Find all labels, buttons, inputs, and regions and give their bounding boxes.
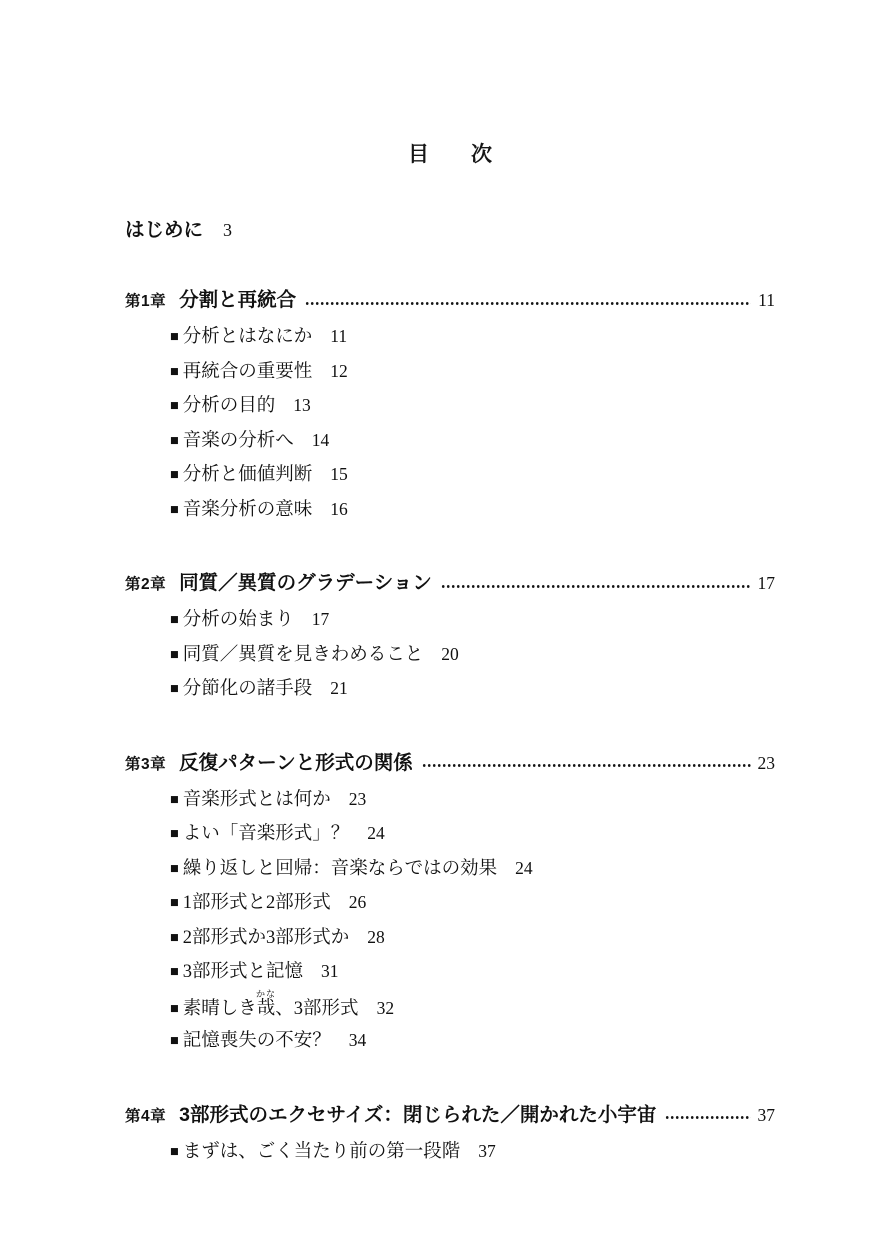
toc-item-title: 3部形式と記憶 [183,955,303,990]
toc-item-row: ■ 1部形式と2部形式 26 [125,885,775,920]
square-bullet-icon: ■ [170,493,179,528]
square-bullet-icon: ■ [170,638,179,673]
chapter-heading-row: 第3章 反復パターンと形式の関係 23 [125,750,775,778]
chapter-heading-row: 第2章 同質／異質のグラデーション 17 [125,570,775,598]
toc-item-title: 同質／異質を見きわめること [183,638,424,673]
dotted-leader [665,1115,750,1120]
toc-item-row: ■ 同質／異質を見きわめること 20 [125,637,775,672]
toc-item-title: 分析の始まり [183,603,294,638]
toc-item-page-number: 17 [312,602,330,637]
chapter-number-label: 第4章 [125,1104,166,1130]
toc-item-page-number: 14 [312,423,330,458]
toc-item-row: ■ 3部形式と記憶 31 [125,954,775,989]
square-bullet-icon: ■ [170,1135,179,1170]
dotted-leader [441,584,751,589]
toc-item-title: 音楽形式とは何か [183,783,331,818]
toc-item-row: ■ 再統合の重要性 12 [125,354,775,389]
chapter-list: 第1章 分割と再統合 11 ■ 分析とはなにか 11 ■ 再統合の重要性 12 … [125,287,775,1168]
square-bullet-icon: ■ [170,1024,179,1059]
chapter-title: 3部形式のエクセサイズ：閉じられた／開かれた小宇宙 [179,1102,656,1128]
frontmatter-label: はじめに [125,220,203,241]
toc-item-row: ■ 記憶喪失の不安？ 34 [125,1023,775,1058]
square-bullet-icon: ■ [170,672,179,707]
toc-item-title: 分析の目的 [183,389,276,424]
toc-item-page-number: 21 [330,671,348,706]
chapter-section: 第1章 分割と再統合 11 ■ 分析とはなにか 11 ■ 再統合の重要性 12 … [125,287,775,526]
toc-item-title: 素晴しき哉かな、3部形式 [183,989,359,1027]
toc-item-page-number: 12 [330,354,348,389]
chapter-title: 分割と再統合 [179,287,296,313]
toc-item-page-number: 23 [349,782,367,817]
toc-item-title: 繰り返しと回帰：音楽ならではの効果 [183,852,497,887]
toc-item-row: ■ 分析と価値判断 15 [125,457,775,492]
chapter-page-number: 17 [758,570,776,596]
toc-item-title: まずは、ごく当たり前の第一段階 [183,1135,461,1170]
chapter-section: 第2章 同質／異質のグラデーション 17 ■ 分析の始まり 17 ■ 同質／異質… [125,570,775,706]
toc-item-row: ■ まずは、ごく当たり前の第一段階 37 [125,1134,775,1169]
toc-item-page-number: 24 [367,816,385,851]
toc-item-title: 分析とはなにか [183,320,313,355]
toc-item-title: よい「音楽形式」？ [183,817,350,852]
chapter-item-list: ■ 分析の始まり 17 ■ 同質／異質を見きわめること 20 ■ 分節化の諸手段… [125,602,775,706]
chapter-page-number: 23 [758,750,776,776]
toc-item-row: ■ 2部形式か3部形式か 28 [125,920,775,955]
chapter-section: 第4章 3部形式のエクセサイズ：閉じられた／開かれた小宇宙 37 ■ まずは、ご… [125,1102,775,1169]
dotted-leader [305,301,751,306]
toc-item-title: 記憶喪失の不安？ [183,1024,331,1059]
toc-item-page-number: 26 [349,885,367,920]
square-bullet-icon: ■ [170,817,179,852]
toc-item-title: 分析と価値判断 [183,458,313,493]
toc-item-page-number: 16 [330,492,348,527]
toc-item-title: 2部形式か3部形式か [183,921,350,956]
chapter-page-number: 37 [758,1102,776,1128]
toc-item-row: ■ 素晴しき哉かな、3部形式 32 [125,989,775,1024]
square-bullet-icon: ■ [170,320,179,355]
chapter-title: 反復パターンと形式の関係 [179,750,413,776]
toc-item-page-number: 15 [330,457,348,492]
square-bullet-icon: ■ [170,355,179,390]
chapter-item-list: ■ 音楽形式とは何か 23 ■ よい「音楽形式」？ 24 ■ 繰り返しと回帰：音… [125,782,775,1058]
toc-item-row: ■ 繰り返しと回帰：音楽ならではの効果 24 [125,851,775,886]
chapter-heading-row: 第1章 分割と再統合 11 [125,287,775,315]
toc-item-page-number: 11 [330,319,347,354]
dotted-leader [422,763,751,768]
toc-item-page-number: 28 [367,920,385,955]
square-bullet-icon: ■ [170,783,179,818]
square-bullet-icon: ■ [170,886,179,921]
page-title: 目 次 [125,0,775,166]
toc-page: 目 次 はじめに3 第1章 分割と再統合 11 ■ 分析とはなにか 11 ■ 再… [0,0,870,1168]
square-bullet-icon: ■ [170,458,179,493]
toc-item-row: ■ 音楽分析の意味 16 [125,492,775,527]
chapter-item-list: ■ 分析とはなにか 11 ■ 再統合の重要性 12 ■ 分析の目的 13 ■ 音… [125,319,775,526]
square-bullet-icon: ■ [170,603,179,638]
toc-item-page-number: 31 [321,954,339,989]
frontmatter-page-number: 3 [223,220,232,240]
toc-item-page-number: 37 [478,1134,496,1169]
toc-item-title: 分節化の諸手段 [183,672,313,707]
square-bullet-icon: ■ [170,955,179,990]
square-bullet-icon: ■ [170,992,179,1027]
square-bullet-icon: ■ [170,921,179,956]
chapter-number-label: 第1章 [125,289,166,315]
chapter-heading-row: 第4章 3部形式のエクセサイズ：閉じられた／開かれた小宇宙 37 [125,1102,775,1130]
toc-item-title: 1部形式と2部形式 [183,886,331,921]
toc-item-page-number: 24 [515,851,533,886]
toc-item-row: ■ よい「音楽形式」？ 24 [125,816,775,851]
toc-item-page-number: 13 [293,388,311,423]
toc-item-title: 音楽の分析へ [183,424,294,459]
toc-item-title: 再統合の重要性 [183,355,313,390]
toc-item-page-number: 34 [349,1023,367,1058]
toc-item-page-number: 32 [377,991,395,1026]
square-bullet-icon: ■ [170,389,179,424]
toc-item-row: ■ 分析の目的 13 [125,388,775,423]
chapter-number-label: 第3章 [125,752,166,778]
toc-item-title: 音楽分析の意味 [183,493,313,528]
chapter-page-number: 11 [758,287,775,313]
chapter-number-label: 第2章 [125,572,166,598]
toc-item-row: ■ 分析の始まり 17 [125,602,775,637]
toc-item-row: ■ 音楽の分析へ 14 [125,423,775,458]
frontmatter-row: はじめに3 [125,218,775,243]
chapter-item-list: ■ まずは、ごく当たり前の第一段階 37 [125,1134,775,1169]
square-bullet-icon: ■ [170,424,179,459]
toc-item-row: ■ 分析とはなにか 11 [125,319,775,354]
square-bullet-icon: ■ [170,852,179,887]
toc-item-page-number: 20 [441,637,459,672]
toc-item-row: ■ 分節化の諸手段 21 [125,671,775,706]
chapter-section: 第3章 反復パターンと形式の関係 23 ■ 音楽形式とは何か 23 ■ よい「音… [125,750,775,1058]
toc-item-row: ■ 音楽形式とは何か 23 [125,782,775,817]
chapter-title: 同質／異質のグラデーション [179,570,432,596]
